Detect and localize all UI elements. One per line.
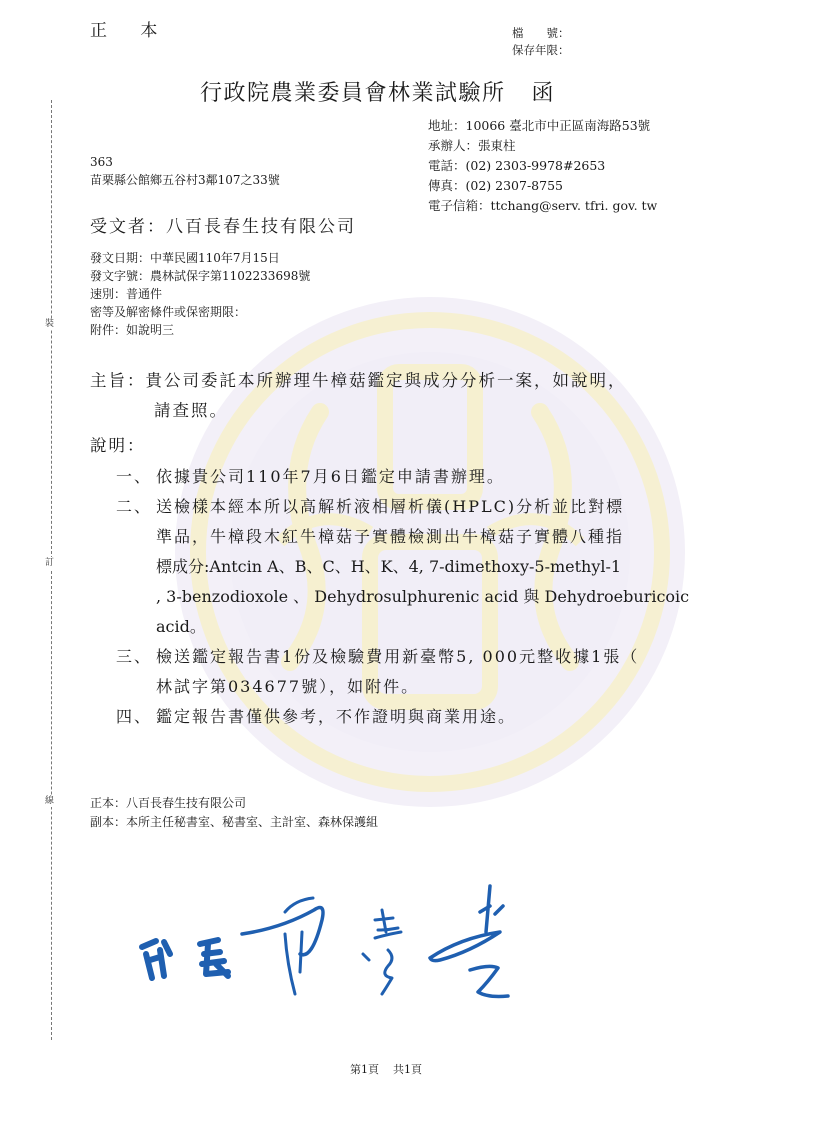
sender-contact: 地址：10066 臺北市中正區南海路53號 承辦人：張東柱 電話：(02) 23…: [428, 116, 657, 216]
sender-address: 地址：10066 臺北市中正區南海路53號: [428, 116, 657, 136]
document-title: 行政院農業委員會林業試驗所函: [200, 76, 555, 107]
director-signature-icon: [120, 872, 540, 1012]
doc-number: 發文字號：農林試保字第1102233698號: [90, 267, 310, 285]
speed: 速別：普通件: [90, 285, 310, 303]
explanation-item-2: 二、送檢樣本經本所以高解析液相層析儀(HPLC)分析並比對標: [116, 492, 689, 522]
explanation-item-4: 四、鑑定報告書僅供參考，不作證明與商業用途。: [116, 702, 689, 732]
copy-mark: 正 本: [90, 16, 171, 41]
explanation-item-2-line: , 3-benzodioxole 、 Dehydrosulphurenic ac…: [116, 582, 689, 612]
doc-type: 函: [532, 81, 556, 106]
page-footer: 第1頁共1頁: [350, 1061, 422, 1077]
explanation-items: 一、依據貴公司110年7月6日鑑定申請書辦理。 二、送檢樣本經本所以高解析液相層…: [116, 462, 689, 732]
explanation-item-3-line: 林試字第034677號），如附件。: [116, 672, 689, 702]
recipient-street: 苗栗縣公館鄉五谷村3鄰107之33號: [90, 171, 280, 189]
binding-mark-xian: 線: [45, 795, 54, 807]
handler: 承辦人：張東柱: [428, 136, 657, 156]
binding-mark-ding: 訂: [45, 557, 54, 569]
binding-line: [51, 100, 52, 1040]
file-number-label: 檔 號：: [512, 25, 570, 42]
fax: 傳真：(02) 2307-8755: [428, 176, 657, 196]
original-recipient: 正本：八百長春生技有限公司: [90, 794, 378, 813]
distribution: 正本：八百長春生技有限公司 副本：本所主任秘書室、秘書室、主計室、森林保護組: [90, 794, 378, 832]
issue-date: 發文日期：中華民國110年7月15日: [90, 249, 310, 267]
phone: 電話：(02) 2303-9978#2653: [428, 156, 657, 176]
attachment: 附件：如說明三: [90, 321, 310, 339]
explanation-item-2-line: acid。: [116, 612, 689, 642]
subject: 主旨：貴公司委託本所辦理牛樟菇鑑定與成分分析一案，如說明， 請查照。: [90, 366, 627, 426]
document-meta: 發文日期：中華民國110年7月15日 發文字號：農林試保字第1102233698…: [90, 249, 310, 339]
explanation-label: 說明：: [90, 432, 146, 456]
explanation-item-3: 三、檢送鑑定報告書1份及檢驗費用新臺幣5, 000元整收據1張（: [116, 642, 689, 672]
recipient-address: 363 苗栗縣公館鄉五谷村3鄰107之33號: [90, 153, 280, 189]
explanation-item-2-line: 準品，牛樟段木紅牛樟菇子實體檢測出牛樟菇子實體八種指: [116, 522, 689, 552]
receiver: 受文者：八百長春生技有限公司: [90, 212, 356, 237]
retention-label: 保存年限：: [512, 42, 570, 59]
subject-line-2: 請查照。: [90, 396, 627, 426]
binding-mark-zhuang: 裝: [45, 318, 54, 330]
explanation-item-1: 一、依據貴公司110年7月6日鑑定申請書辦理。: [116, 462, 689, 492]
subject-line-1: 貴公司委託本所辦理牛樟菇鑑定與成分分析一案，如說明，: [146, 371, 627, 390]
page-number: 第1頁: [350, 1063, 379, 1076]
copy-recipients: 副本：本所主任秘書室、秘書室、主計室、森林保護組: [90, 813, 378, 832]
agency-name: 行政院農業委員會林業試驗所: [200, 81, 506, 106]
explanation-item-2-line: 標成分:Antcin A、B、C、H、K、4, 7-dimethoxy-5-me…: [116, 552, 689, 582]
email: 電子信箱：ttchang@serv. tfri. gov. tw: [428, 196, 657, 216]
postal-code: 363: [90, 153, 280, 171]
confidentiality: 密等及解密條件或保密期限：: [90, 303, 310, 321]
page-total: 共1頁: [393, 1063, 422, 1076]
subject-label: 主旨：: [90, 371, 146, 390]
file-info: 檔 號： 保存年限：: [512, 25, 570, 59]
